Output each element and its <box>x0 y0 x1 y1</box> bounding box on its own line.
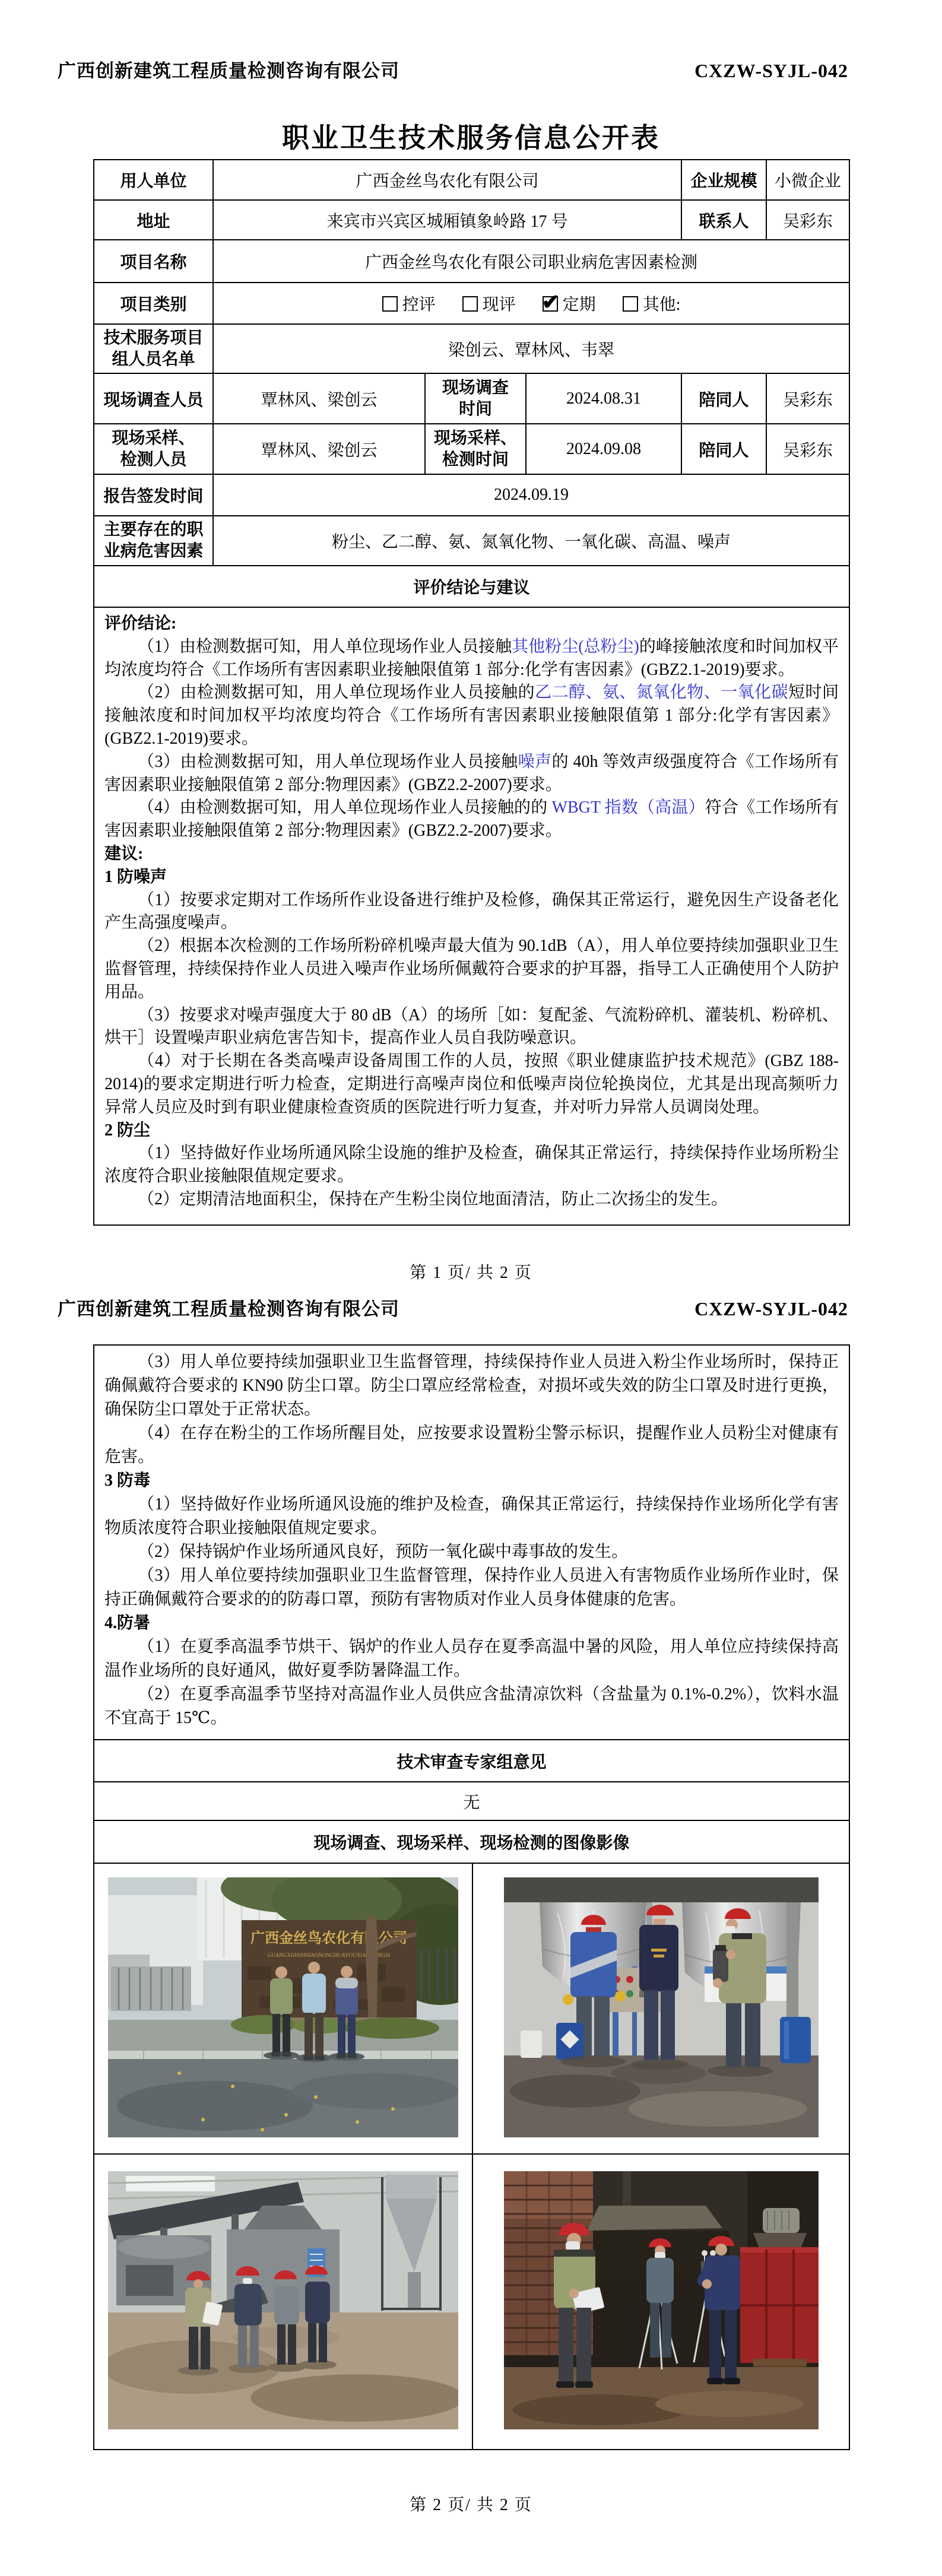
project-name-label: 项目名称 <box>94 240 213 283</box>
table-row: 主要存在的职 业病危害因素 粉尘、乙二醇、氨、氮氧化物、一氧化碳、高温、噪声 <box>94 516 849 566</box>
accompany-value: 吴彩东 <box>766 373 849 424</box>
page-title: 职业卫生技术服务信息公开表 <box>0 116 942 156</box>
paragraph: （4）对于长期在各类高噪声设备周围工作的人员，按照《职业健康监护技术规范》(GB… <box>104 1050 839 1119</box>
photo-cell-factory-gate: 广西金丝鸟农化有限公司 GUANGXIJINSINIAONONGHUAYOUXI… <box>94 1863 472 2154</box>
paragraph: 4.防暑 <box>104 1611 839 1635</box>
scale-label: 企业规模 <box>681 160 766 200</box>
site-images-header: 现场调查、现场采样、现场检测的图像影像 <box>94 1820 849 1863</box>
conclusion-body-cell: 评价结论:（1）由检测数据可知，用人单位现场作业人员接触其他粉尘(总粉尘)的峰接… <box>94 607 849 1225</box>
sampling-people-label: 现场采样、 检测人员 <box>94 424 213 474</box>
table-row: 用人单位 广西金丝鸟农化有限公司 企业规模 小微企业 <box>94 160 849 200</box>
scanned-document: { "header": { "company": "广西创新建筑工程质量检测咨询… <box>0 0 942 2576</box>
sampling-time-value: 2024.09.08 <box>526 424 681 474</box>
highlighted-hazard-text: 其他粉尘(总粉尘) <box>512 637 639 656</box>
paragraph: （1）按要求定期对工作场所作业设备进行维护及检修，确保其正常运行，避免因生产设备… <box>104 889 839 935</box>
text-segment: 1 防噪声 <box>104 868 167 886</box>
paragraph: （2）定期清洁地面积尘，保持在产生粉尘岗位地面清洁，防止二次扬尘的发生。 <box>104 1188 839 1211</box>
table-row: 现场调查人员 覃林风、梁创云 现场调查 时间 2024.08.31 陪同人 吴彩… <box>94 373 849 424</box>
photo-row <box>94 2154 849 2450</box>
paragraph: （2）根据本次检测的工作场所粉碎机噪声最大值为 90.1dB（A），用人单位要持… <box>104 935 839 1004</box>
table-row: 评价结论与建议 <box>94 566 849 607</box>
paragraph: （3）由检测数据可知，用人单位现场作业人员接触噪声的 40h 等效声级强度符合《… <box>104 751 839 797</box>
text-segment: （4）在存在粉尘的工作场所醒目处，应按要求设置粉尘警示标识，提醒作业人员粉尘对健… <box>104 1424 839 1466</box>
text-segment: （3）按要求对噪声强度大于 80 dB（A）的场所［如：复配釜、气流粉碎机、灌装… <box>104 1006 839 1048</box>
highlighted-hazard-text: 乙二醇、氨、氮氧化物、一氧化碳 <box>535 683 788 702</box>
paragraph: 评价结论: <box>104 613 839 636</box>
text-segment: （3）用人单位要持续加强职业卫生监督管理，持续保持作业人员进入粉尘作业场所时，保… <box>104 1353 839 1419</box>
text-segment: （1）按要求定期对工作场所作业设备进行维护及检修，确保其正常运行，避免因生产设备… <box>104 891 839 932</box>
document-number: CXZW-SYJL-042 <box>694 1298 848 1320</box>
contact-label: 联系人 <box>681 200 766 240</box>
text-segment: （3）用人单位要持续加强职业卫生监督管理，保持作业人员进入有害物质作业场所作业时… <box>104 1566 839 1609</box>
checkbox-label: 定期 <box>563 296 596 314</box>
photo-crusher-inspection <box>108 2171 458 2429</box>
report-date-label: 报告签发时间 <box>94 474 213 516</box>
page2-footer: 第 2 页/ 共 2 页 <box>0 2492 942 2515</box>
paragraph: （2）保持锅炉作业场所通风良好，预防一氧化碳中毒事故的发生。 <box>104 1540 839 1564</box>
photo-site-survey-gate: 广西金丝鸟农化有限公司 GUANGXIJINSINIAONONGHUAYOUXI… <box>108 1877 458 2137</box>
text-segment: （1）由检测数据可知，用人单位现场作业人员接触 <box>138 637 512 656</box>
report-date-value: 2024.09.19 <box>213 474 849 516</box>
paragraph: （4）在存在粉尘的工作场所醒目处，应按要求设置粉尘警示标识，提醒作业人员粉尘对健… <box>104 1422 839 1469</box>
text-segment: （1）坚持做好作业场所通风设施的维护及检查，确保其正常运行，持续保持作业场所化学… <box>104 1495 839 1537</box>
expert-opinion-header: 技术审查专家组意见 <box>94 1740 849 1782</box>
suggestions-continued-text: （3）用人单位要持续加强职业卫生监督管理，持续保持作业人员进入粉尘作业场所时，保… <box>94 1346 849 1739</box>
paragraph: （1）坚持做好作业场所通风设施的维护及检查，确保其正常运行，持续保持作业场所化学… <box>104 1493 839 1540</box>
text-segment: 建议: <box>104 845 143 863</box>
document-number: CXZW-SYJL-042 <box>694 60 848 82</box>
page1-header: 广西创新建筑工程质量检测咨询有限公司 CXZW-SYJL-042 <box>58 56 848 83</box>
checkbox-label: 其他: <box>643 296 681 314</box>
survey-people-label: 现场调查人员 <box>94 373 213 424</box>
paragraph: 1 防噪声 <box>104 866 839 889</box>
text-segment: 4.防暑 <box>104 1614 150 1632</box>
contact-value: 吴彩东 <box>766 200 849 240</box>
survey-time-label: 现场调查 时间 <box>425 373 526 424</box>
table-row: 现场采样、 检测人员 覃林风、梁创云 现场采样、 检测时间 2024.09.08… <box>94 424 849 474</box>
paragraph: （2）由检测数据可知，用人单位现场作业人员接触的乙二醇、氨、氮氧化物、一氧化碳短… <box>104 681 839 750</box>
text-segment: （2）在夏季高温季节坚持对高温作业人员供应含盐清凉饮料（含盐量为 0.1%-0.… <box>104 1685 839 1727</box>
checkbox-option-dingqi: 定期 <box>543 296 596 314</box>
survey-people-value: 覃林风、梁创云 <box>213 373 425 424</box>
checkbox-icon <box>462 296 478 312</box>
category-options: 控评 现评 定期 其他: <box>213 283 849 324</box>
category-label: 项目类别 <box>94 283 213 324</box>
expert-opinion-value: 无 <box>94 1782 849 1820</box>
team-value: 梁创云、覃林风、韦翠 <box>213 324 849 373</box>
text-segment: （4）对于长期在各类高噪声设备周围工作的人员，按照《职业健康监护技术规范》(GB… <box>104 1052 839 1116</box>
paragraph: 建议: <box>104 843 839 866</box>
table-row: 项目名称 广西金丝鸟农化有限公司职业病危害因素检测 <box>94 240 849 283</box>
text-segment: （1）在夏季高温季节烘干、锅炉的作业人员存在夏季高温中暑的风险，用人单位应持续保… <box>104 1638 839 1680</box>
text-segment: （2）由检测数据可知，用人单位现场作业人员接触的 <box>138 683 535 702</box>
paragraph: （1）由检测数据可知，用人单位现场作业人员接触其他粉尘(总粉尘)的峰接触浓度和时… <box>104 636 839 682</box>
checkbox-option-kongping: 控评 <box>382 296 436 314</box>
suggestions-continued-cell: （3）用人单位要持续加强职业卫生监督管理，持续保持作业人员进入粉尘作业场所时，保… <box>94 1345 849 1740</box>
hazards-label: 主要存在的职 业病危害因素 <box>94 516 213 566</box>
checkbox-option-qita: 其他: <box>623 296 681 314</box>
checkbox-option-xianping: 现评 <box>462 296 516 314</box>
employer-label: 用人单位 <box>94 160 213 200</box>
highlighted-hazard-text: WBGT 指数（高温） <box>552 798 705 817</box>
paragraph: （1）坚持做好作业场所通风除尘设施的维护及检查，确保其正常运行，持续保持作业场所… <box>104 1142 839 1188</box>
paragraph: （2）在夏季高温季节坚持对高温作业人员供应含盐清凉饮料（含盐量为 0.1%-0.… <box>104 1683 839 1730</box>
table-row: 现场调查、现场采样、现场检测的图像影像 <box>94 1820 849 1863</box>
conclusion-text: 评价结论:（1）由检测数据可知，用人单位现场作业人员接触其他粉尘(总粉尘)的峰接… <box>94 608 849 1224</box>
sampling-people-value: 覃林风、梁创云 <box>213 424 425 474</box>
table-row: 项目类别 控评 现评 定期 其他: <box>94 283 849 324</box>
accompany-label: 陪同人 <box>681 373 766 424</box>
hazards-value: 粉尘、乙二醇、氨、氮氧化物、一氧化碳、高温、噪声 <box>213 516 849 566</box>
table-row: 报告签发时间 2024.09.19 <box>94 474 849 516</box>
table-row: 评价结论:（1）由检测数据可知，用人单位现场作业人员接触其他粉尘(总粉尘)的峰接… <box>94 607 849 1225</box>
company-name: 广西创新建筑工程质量检测咨询有限公司 <box>58 1294 399 1321</box>
photo-cell-sampling-tanks <box>472 1863 849 2154</box>
table-row: 地址 来宾市兴宾区城厢镇象岭路 17 号 联系人 吴彩东 <box>94 200 849 240</box>
text-segment: （2）根据本次检测的工作场所粉碎机噪声最大值为 90.1dB（A），用人单位要持… <box>104 937 839 1001</box>
table-row: （3）用人单位要持续加强职业卫生监督管理，持续保持作业人员进入粉尘作业场所时，保… <box>94 1345 849 1740</box>
highlighted-hazard-text: 噪声 <box>518 753 552 771</box>
text-segment: （2）保持锅炉作业场所通风良好，预防一氧化碳中毒事故的发生。 <box>138 1543 628 1561</box>
paragraph: 3 防毒 <box>104 1469 839 1493</box>
photo-sampling-tanks <box>504 1877 819 2137</box>
checkbox-checked-icon <box>543 296 558 312</box>
company-name: 广西创新建筑工程质量检测咨询有限公司 <box>58 56 399 83</box>
text-segment: （2）定期清洁地面积尘，保持在产生粉尘岗位地面清洁，防止二次扬尘的发生。 <box>138 1190 728 1208</box>
paragraph: （3）按要求对噪声强度大于 80 dB（A）的场所［如：复配釜、气流粉碎机、灌装… <box>104 1004 839 1051</box>
team-label: 技术服务项目 组人员名单 <box>94 324 213 373</box>
address-label: 地址 <box>94 200 213 240</box>
project-name-value: 广西金丝鸟农化有限公司职业病危害因素检测 <box>213 240 849 283</box>
photo-cell-crusher <box>94 2154 472 2450</box>
accompany2-label: 陪同人 <box>681 424 766 474</box>
page2-header: 广西创新建筑工程质量检测咨询有限公司 CXZW-SYJL-042 <box>58 1294 848 1321</box>
checkbox-icon <box>382 296 398 312</box>
text-segment: （3）由检测数据可知，用人单位现场作业人员接触 <box>138 753 518 771</box>
accompany2-value: 吴彩东 <box>766 424 849 474</box>
text-segment: （4）由检测数据可知，用人单位现场作业人员接触的的 <box>138 798 552 817</box>
checkbox-icon <box>623 296 638 312</box>
checkbox-label: 现评 <box>483 296 516 314</box>
checkbox-label: 控评 <box>402 296 436 314</box>
paragraph: （3）用人单位要持续加强职业卫生监督管理，持续保持作业人员进入粉尘作业场所时，保… <box>104 1350 839 1422</box>
address-value: 来宾市兴宾区城厢镇象岭路 17 号 <box>213 200 681 240</box>
sampling-time-label: 现场采样、 检测时间 <box>425 424 526 474</box>
table-row: 技术服务项目 组人员名单 梁创云、覃林风、韦翠 <box>94 324 849 373</box>
table-row: 技术审查专家组意见 <box>94 1740 849 1782</box>
scale-value: 小微企业 <box>766 160 849 200</box>
paragraph: （1）在夏季高温季节烘干、锅炉的作业人员存在夏季高温中暑的风险，用人单位应持续保… <box>104 1635 839 1683</box>
photo-cell-dark-measurement <box>472 2154 849 2450</box>
photo-dark-room-measurement <box>504 2171 819 2429</box>
survey-time-value: 2024.08.31 <box>526 373 681 424</box>
table-row: 无 <box>94 1782 849 1820</box>
paragraph: （4）由检测数据可知，用人单位现场作业人员接触的的 WBGT 指数（高温）符合《… <box>104 797 839 843</box>
paragraph: 2 防尘 <box>104 1119 839 1143</box>
page2-table: （3）用人单位要持续加强职业卫生监督管理，持续保持作业人员进入粉尘作业场所时，保… <box>93 1344 850 2450</box>
text-segment: 评价结论: <box>104 614 176 633</box>
text-segment: 2 防尘 <box>104 1121 150 1140</box>
info-table: 用人单位 广西金丝鸟农化有限公司 企业规模 小微企业 地址 来宾市兴宾区城厢镇象… <box>93 159 850 1226</box>
text-segment: 3 防毒 <box>104 1471 150 1490</box>
page1-footer: 第 1 页/ 共 2 页 <box>0 1260 942 1283</box>
photo-row: 广西金丝鸟农化有限公司 GUANGXIJINSINIAONONGHUAYOUXI… <box>94 1863 849 2154</box>
employer-value: 广西金丝鸟农化有限公司 <box>213 160 681 200</box>
text-segment: （1）坚持做好作业场所通风除尘设施的维护及检查，确保其正常运行，持续保持作业场所… <box>104 1144 839 1185</box>
conclusion-section-header: 评价结论与建议 <box>94 566 849 607</box>
paragraph: （3）用人单位要持续加强职业卫生监督管理，保持作业人员进入有害物质作业场所作业时… <box>104 1564 839 1611</box>
